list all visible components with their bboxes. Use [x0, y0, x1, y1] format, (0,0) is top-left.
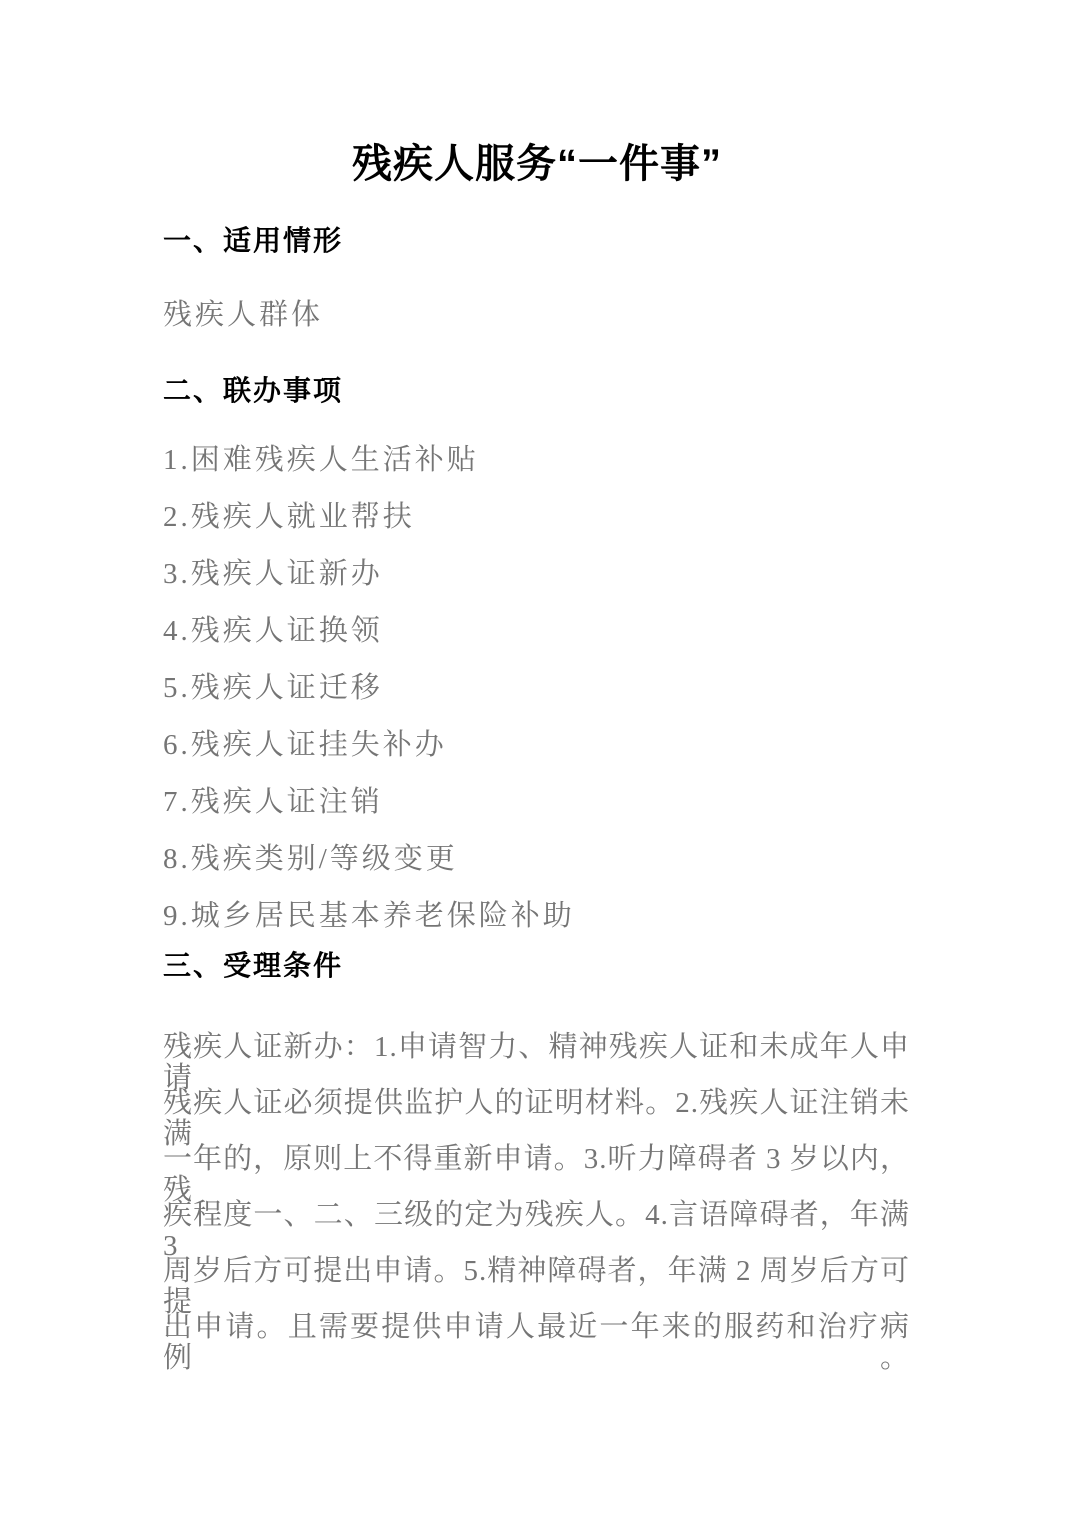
- paragraph-line-3: 一年的，原则上不得重新申请。3.听力障碍者 3 岁以内，残: [163, 1144, 910, 1200]
- list-item-4: 4.残疾人证换领: [163, 616, 910, 673]
- paragraph-line-1: 残疾人证新办：1.申请智力、精神残疾人证和未成年人申请: [163, 1032, 910, 1088]
- list-item-1: 1.困难残疾人生活补贴: [163, 445, 910, 502]
- document-page: 残疾人服务“一件事” 一、适用情形 残疾人群体 二、联办事项 1.困难残疾人生活…: [0, 0, 1074, 1520]
- paragraph-line-4: 疾程度一、二、三级的定为残疾人。4.言语障碍者，年满 3: [163, 1200, 910, 1256]
- paragraph-line-6: 出申请。且需要提供申请人最近一年来的服药和治疗病例。: [163, 1312, 910, 1368]
- acceptance-conditions-paragraph: 残疾人证新办：1.申请智力、精神残疾人证和未成年人申请 残疾人证必须提供监护人的…: [163, 1032, 910, 1368]
- paragraph-line-5: 周岁后方可提出申请。5.精神障碍者，年满 2 周岁后方可提: [163, 1256, 910, 1312]
- joint-service-items-list: 1.困难残疾人生活补贴 2.残疾人就业帮扶 3.残疾人证新办 4.残疾人证换领 …: [163, 445, 910, 958]
- list-item-3: 3.残疾人证新办: [163, 559, 910, 616]
- section-heading-joint-service-items: 二、联办事项: [163, 376, 343, 406]
- paragraph-line-2: 残疾人证必须提供监护人的证明材料。2.残疾人证注销未满: [163, 1088, 910, 1144]
- list-item-5: 5.残疾人证迁移: [163, 673, 910, 730]
- document-title: 残疾人服务“一件事”: [0, 139, 1074, 189]
- list-item-7: 7.残疾人证注销: [163, 787, 910, 844]
- applicable-group-text: 残疾人群体: [163, 300, 323, 331]
- section-heading-applicable-situations: 一、适用情形: [163, 226, 343, 256]
- list-item-6: 6.残疾人证挂失补办: [163, 730, 910, 787]
- list-item-2: 2.残疾人就业帮扶: [163, 502, 910, 559]
- section-heading-acceptance-conditions: 三、受理条件: [163, 951, 343, 981]
- list-item-8: 8.残疾类别/等级变更: [163, 844, 910, 901]
